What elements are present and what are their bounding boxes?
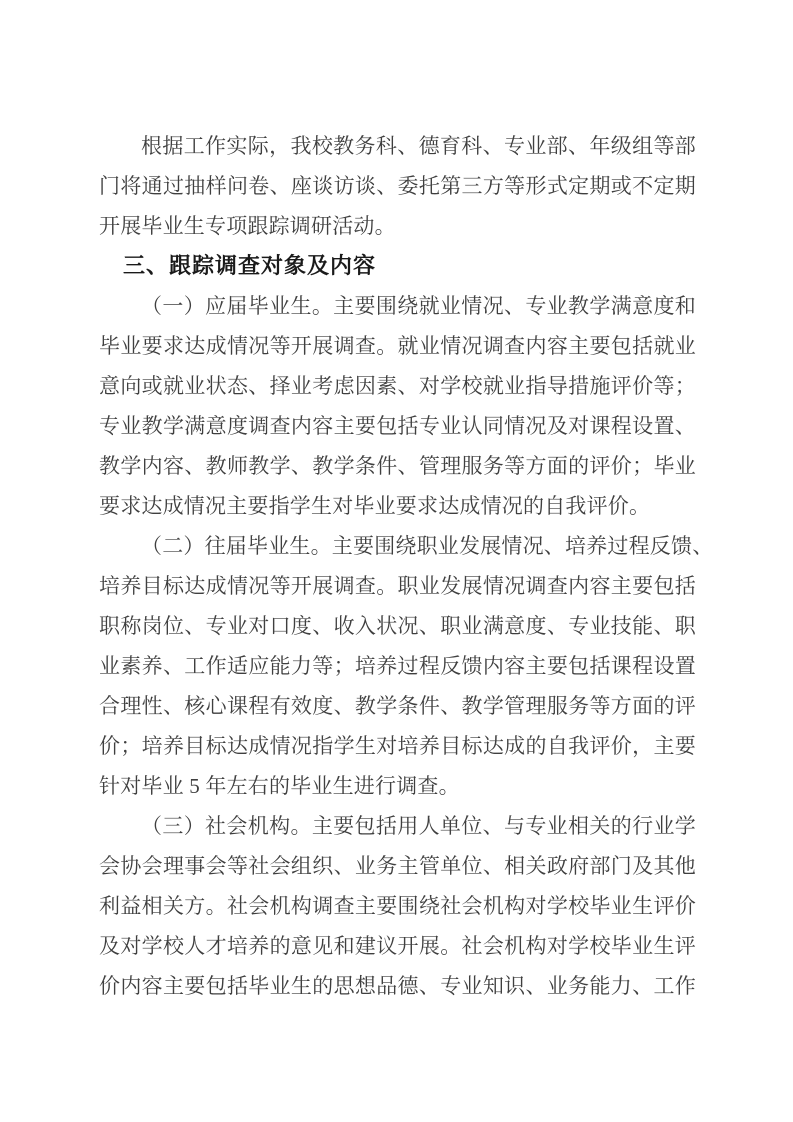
text-line: 价；培养目标达成情况指学生对培养目标达成的自我评价，主要 <box>99 726 696 766</box>
paragraph-item-3: （三）社会机构。主要包括用人单位、与专业相关的行业学 会协会理事会等社会组织、业… <box>99 806 696 1006</box>
text-line: 专业教学满意度调查内容主要包括专业认同情况及对课程设置、 <box>99 406 696 446</box>
text-line: 教学内容、教师教学、教学条件、管理服务等方面的评价；毕业 <box>99 446 696 486</box>
text-line: 针对毕业 5 年左右的毕业生进行调查。 <box>99 766 696 806</box>
paragraph-item-1: （一）应届毕业生。主要围绕就业情况、专业教学满意度和 毕业要求达成情况等开展调查… <box>99 286 696 526</box>
text-line: 合理性、核心课程有效度、教学条件、教学管理服务等方面的评 <box>99 686 696 726</box>
text-line: 意向或就业状态、择业考虑因素、对学校就业指导措施评价等； <box>99 366 696 406</box>
text-line: 根据工作实际，我校教务科、德育科、专业部、年级组等部 <box>99 126 696 166</box>
text-line: 价内容主要包括毕业生的思想品德、专业知识、业务能力、工作 <box>99 966 696 1006</box>
text-line: 职称岗位、专业对口度、收入状况、职业满意度、专业技能、职 <box>99 606 696 646</box>
paragraph-item-2: （二）往届毕业生。主要围绕职业发展情况、培养过程反馈、 培养目标达成情况等开展调… <box>99 526 696 806</box>
text-line: 及对学校人才培养的意见和建议开展。社会机构对学校毕业生评 <box>99 926 696 966</box>
text-line: 业素养、工作适应能力等；培养过程反馈内容主要包括课程设置 <box>99 646 696 686</box>
text-line: 利益相关方。社会机构调查主要围绕社会机构对学校毕业生评价 <box>99 886 696 926</box>
document-page: 根据工作实际，我校教务科、德育科、专业部、年级组等部 门将通过抽样问卷、座谈访谈… <box>0 0 793 1122</box>
text-line: 会协会理事会等社会组织、业务主管单位、相关政府部门及其他 <box>99 846 696 886</box>
section-heading: 三、跟踪调查对象及内容 <box>99 246 696 286</box>
text-line: （一）应届毕业生。主要围绕就业情况、专业教学满意度和 <box>99 286 696 326</box>
text-line: 要求达成情况主要指学生对毕业要求达成情况的自我评价。 <box>99 486 696 526</box>
paragraph-intro: 根据工作实际，我校教务科、德育科、专业部、年级组等部 门将通过抽样问卷、座谈访谈… <box>99 126 696 246</box>
text-line: （三）社会机构。主要包括用人单位、与专业相关的行业学 <box>99 806 696 846</box>
document-body: 根据工作实际，我校教务科、德育科、专业部、年级组等部 门将通过抽样问卷、座谈访谈… <box>99 126 696 1006</box>
text-line: 开展毕业生专项跟踪调研活动。 <box>99 206 696 246</box>
text-line: 毕业要求达成情况等开展调查。就业情况调查内容主要包括就业 <box>99 326 696 366</box>
text-line: 培养目标达成情况等开展调查。职业发展情况调查内容主要包括 <box>99 566 696 606</box>
text-line: 门将通过抽样问卷、座谈访谈、委托第三方等形式定期或不定期 <box>99 166 696 206</box>
text-line: （二）往届毕业生。主要围绕职业发展情况、培养过程反馈、 <box>99 526 696 566</box>
